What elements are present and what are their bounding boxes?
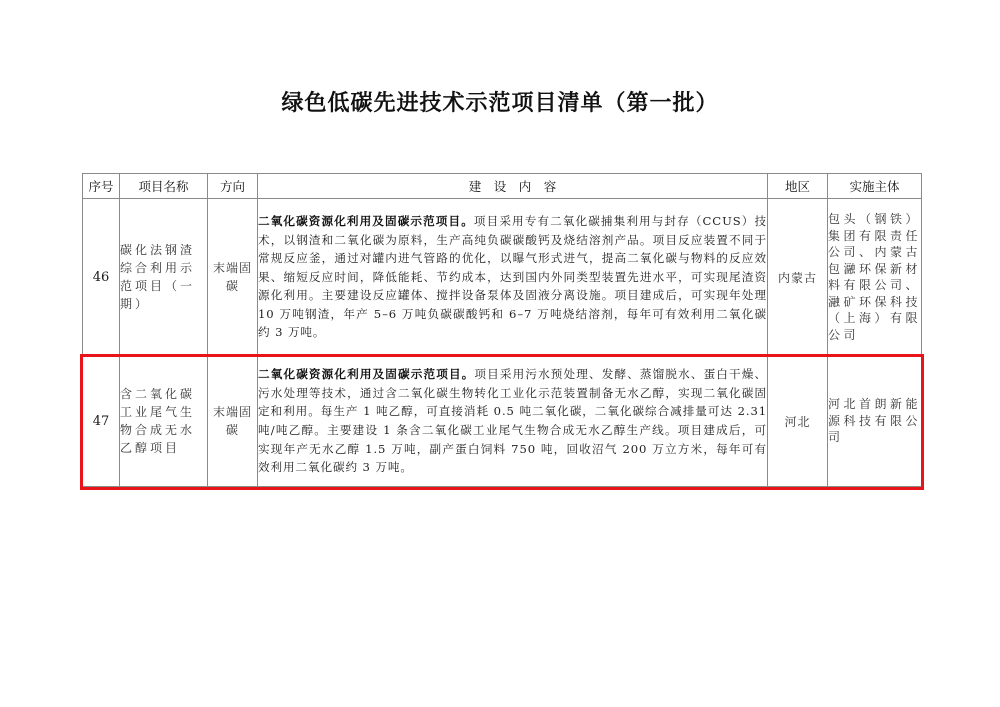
content-body: 项目采用污水预处理、发酵、蒸馏脱水、蛋白干燥、污水处理等技术，通过含二氧化碳生物… (258, 367, 767, 474)
header-region: 地区 (768, 174, 828, 199)
content-lead: 二氧化碳资源化利用及固碳示范项目。 (258, 367, 474, 381)
cell-organization: 河北首朗新能源科技有限公司 (828, 356, 922, 487)
cell-no: 47 (83, 356, 120, 487)
cell-organization: 包头（钢铁）集团有限责任公司、内蒙古包瀜环保新材料有限公司、瀜矿环保科技（上海）… (828, 199, 922, 356)
table-row: 47 含二氧化碳工业尾气生物合成无水乙醇项目 末端固碳 二氧化碳资源化利用及固碳… (83, 356, 922, 487)
cell-no: 46 (83, 199, 120, 356)
cell-direction: 末端固碳 (208, 356, 258, 487)
header-name: 项目名称 (120, 174, 208, 199)
cell-project-name: 碳化法钢渣综合利用示范项目（一期） (120, 199, 208, 356)
cell-content: 二氧化碳资源化利用及固碳示范项目。项目采用污水预处理、发酵、蒸馏脱水、蛋白干燥、… (258, 356, 768, 487)
project-list-table: 序号 项目名称 方向 建 设 内 容 地区 实施主体 46 碳化法钢渣综合利用示… (82, 173, 922, 487)
document-title: 绿色低碳先进技术示范项目清单（第一批） (0, 86, 1000, 117)
cell-direction: 末端固碳 (208, 199, 258, 356)
cell-content: 二氧化碳资源化利用及固碳示范项目。项目采用专有二氧化碳捕集利用与封存（CCUS）… (258, 199, 768, 356)
header-content: 建 设 内 容 (258, 174, 768, 199)
table-header-row: 序号 项目名称 方向 建 设 内 容 地区 实施主体 (83, 174, 922, 199)
header-direction: 方向 (208, 174, 258, 199)
table-row: 46 碳化法钢渣综合利用示范项目（一期） 末端固碳 二氧化碳资源化利用及固碳示范… (83, 199, 922, 356)
cell-region: 内蒙古 (768, 199, 828, 356)
cell-region: 河北 (768, 356, 828, 487)
content-lead: 二氧化碳资源化利用及固碳示范项目。 (258, 214, 474, 228)
cell-project-name: 含二氧化碳工业尾气生物合成无水乙醇项目 (120, 356, 208, 487)
content-body: 项目采用专有二氧化碳捕集利用与封存（CCUS）技术，以钢渣和二氧化碳为原料，生产… (258, 214, 767, 340)
header-no: 序号 (83, 174, 120, 199)
header-organization: 实施主体 (828, 174, 922, 199)
